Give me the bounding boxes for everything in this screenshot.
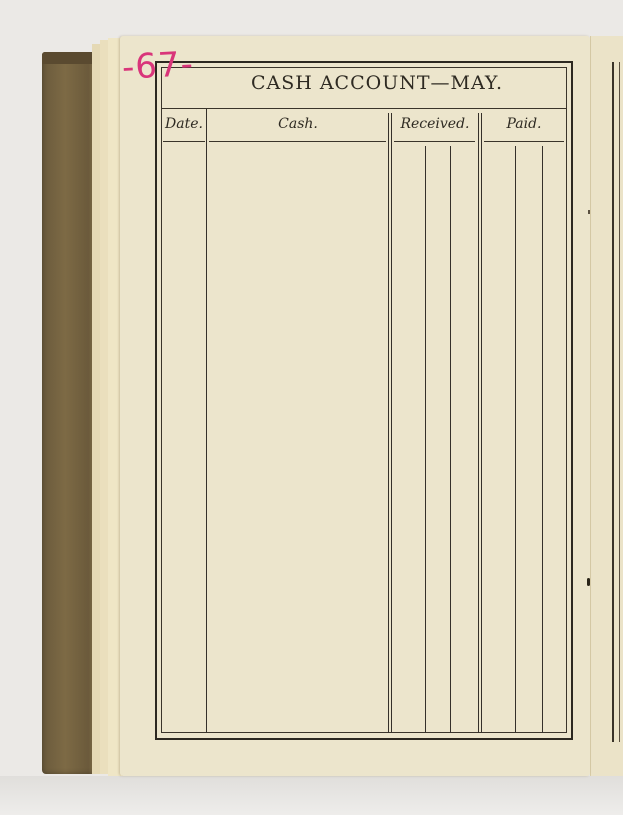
column-header-paid: Paid. — [483, 116, 565, 132]
ink-mark — [587, 578, 590, 586]
header-rule-paid — [484, 141, 564, 142]
column-header-cash: Cash. — [207, 116, 389, 132]
received-pounds-line — [425, 146, 426, 733]
facing-page-rule — [612, 62, 614, 742]
paid-shillings-line — [542, 146, 543, 733]
column-header-date: Date. — [162, 116, 206, 132]
paid-pounds-line — [515, 146, 516, 733]
background-surface — [0, 776, 623, 815]
column-divider-cash-received — [391, 113, 392, 733]
header-rule-received — [394, 141, 475, 142]
title-divider — [161, 108, 567, 109]
ledger-inner-border — [161, 67, 567, 733]
column-header-received: Received. — [393, 116, 477, 132]
column-divider-received-paid — [481, 113, 482, 733]
facing-page-rule — [619, 62, 620, 742]
header-rule-cash — [209, 141, 386, 142]
column-divider-received-paid — [478, 113, 479, 733]
column-divider-cash-received — [388, 113, 389, 733]
received-shillings-line — [450, 146, 451, 733]
page-title: CASH ACCOUNT—MAY. — [161, 72, 567, 104]
header-rule-date — [163, 141, 205, 142]
column-divider-date-cash — [206, 109, 207, 733]
ink-mark — [588, 210, 590, 214]
